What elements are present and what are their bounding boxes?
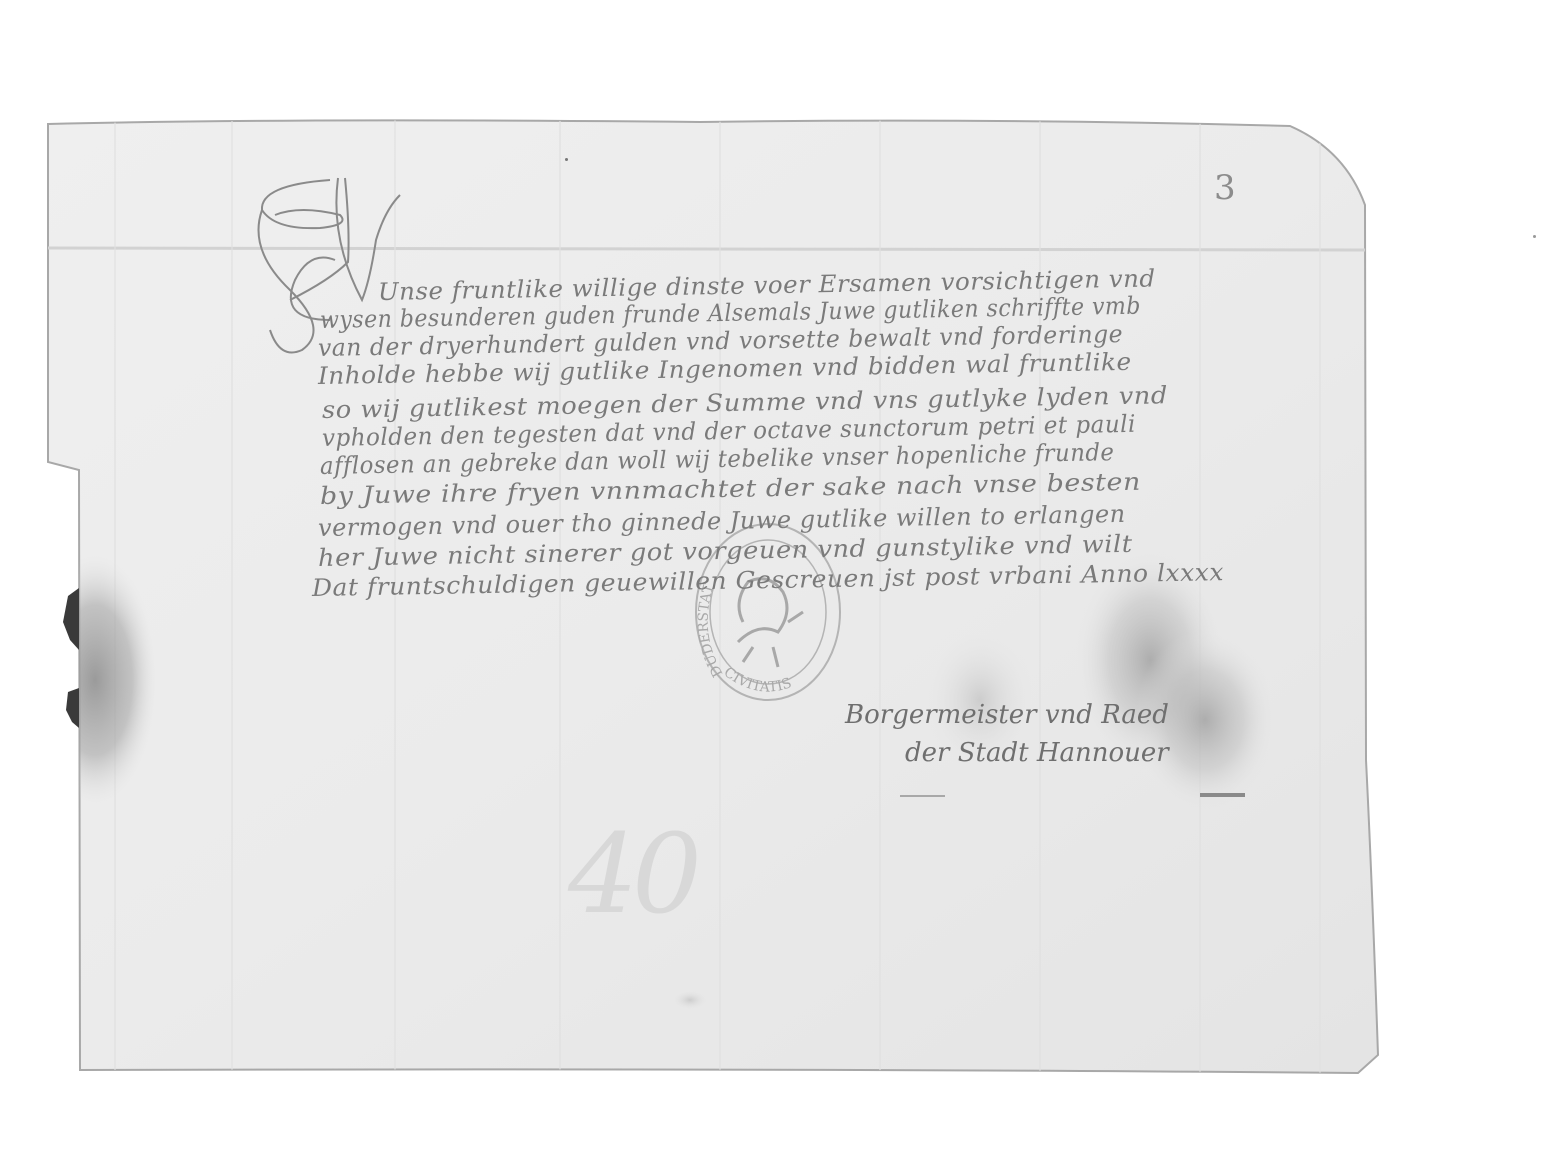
svg-text:CIVITATIS: CIVITATIS [721,664,794,695]
svg-text:DUDERSTAT: DUDERSTAT [696,581,727,679]
speck [1533,235,1536,238]
signature-line: Borgermeister vnd Raed [845,700,1169,730]
folio-number: 3 [1214,168,1236,208]
speck [565,158,568,161]
signature-line: der Stadt Hannouer [905,738,1169,768]
torn-edge-mark [63,588,79,650]
pencil-annotation: 40 [568,810,696,938]
document-scan: 3 DUDERSTAT CIVITATIS Unse fruntlike wil… [0,0,1566,1174]
